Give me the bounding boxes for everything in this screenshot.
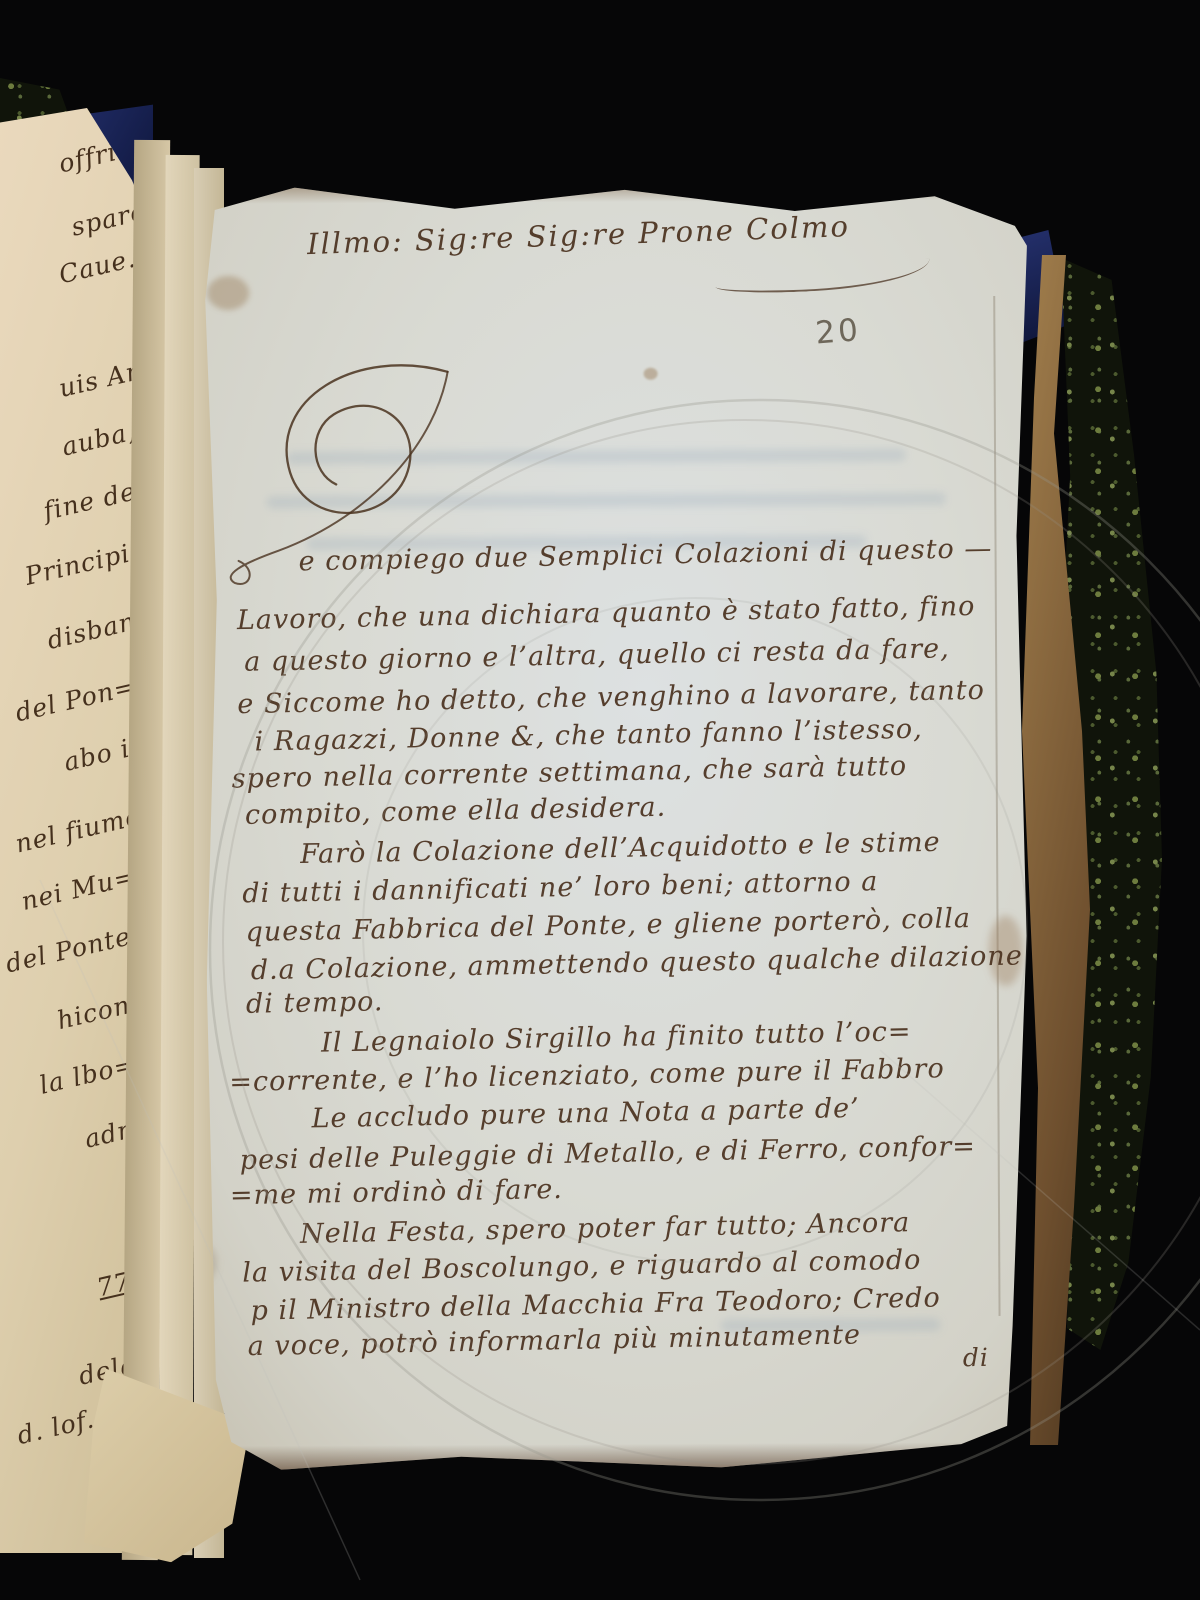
body-line: Nella Festa, spero poter far tutto; Anco… bbox=[300, 1207, 911, 1250]
body-line: la visita del Boscolungo, e riguardo al … bbox=[242, 1245, 922, 1289]
body-line: i Ragazzi, Donne &, che tanto fanno l’is… bbox=[254, 714, 923, 758]
left-page-fragment: disban bbox=[3, 607, 138, 665]
left-page-fragment: abo il bbox=[6, 732, 141, 790]
left-page-fragment: auba, bbox=[3, 417, 138, 475]
body-line: compito, come ella desidera. bbox=[245, 792, 667, 831]
body-line: =corrente, e l’ho licenziato, come pure … bbox=[229, 1053, 945, 1098]
manuscript-page: Illmo: Sig:re Sig:re Prone Colmo 20 e co… bbox=[155, 176, 1054, 1483]
body-line: Le accludo pure una Nota a parte de’ bbox=[311, 1093, 860, 1135]
catchword: di bbox=[962, 1343, 989, 1372]
salutation-line: Illmo: Sig:re Sig:re Prone Colmo bbox=[306, 209, 850, 261]
page-top-tint bbox=[215, 184, 1015, 204]
left-page-fragment: del Ponte bbox=[0, 922, 134, 980]
left-page-fragment: nei Mu= bbox=[3, 862, 138, 920]
left-page-fragment: la lbo= bbox=[3, 1050, 138, 1108]
left-page-fragment: Principi. bbox=[6, 537, 141, 595]
body-line: di tempo. bbox=[246, 986, 384, 1020]
page-bottom-burn-edge bbox=[211, 1442, 1021, 1474]
body-line: =me mi ordinò di fare. bbox=[230, 1174, 564, 1211]
salutation-flourish bbox=[715, 259, 931, 296]
body-line: d.a Colazione, ammettendo questo qualche… bbox=[250, 940, 1023, 986]
left-page-fragment-date: 77 bbox=[0, 1267, 134, 1325]
body-line: di tutti i dannificati ne’ loro beni; at… bbox=[242, 866, 878, 909]
manuscript-photo: offrie. spare Caue. uis Ar auba, fine de… bbox=[0, 0, 1200, 1600]
page-number: 20 bbox=[814, 312, 862, 351]
left-page-fragment: nel fiume bbox=[8, 802, 143, 860]
body-line: questa Fabbrica del Ponte, e gliene port… bbox=[245, 903, 971, 948]
left-page-fragment: del Pon= bbox=[3, 672, 138, 730]
paper-stain bbox=[207, 276, 249, 310]
body-line: Farò la Colazione dell’Acquidotto e le s… bbox=[300, 827, 941, 870]
body-line: pesi delle Puleggie di Metallo, e di Fer… bbox=[239, 1131, 976, 1176]
paper-stain bbox=[644, 368, 658, 380]
body-line: a voce, potrò informarla più minutamente bbox=[247, 1319, 861, 1362]
body-line: Il Legnaiolo Sirgillo ha finito tutto l’… bbox=[321, 1016, 912, 1058]
body-line: a questo giorno e l’altra, quello ci res… bbox=[244, 633, 950, 678]
body-line: e Siccome ho detto, che venghino a lavor… bbox=[237, 675, 985, 720]
body-line: spero nella corrente settimana, che sarà… bbox=[231, 751, 907, 795]
under-sheet-edge bbox=[993, 296, 1000, 1316]
left-page-fragment: fine de bbox=[3, 477, 138, 535]
body-line: Lavoro, che una dichiara quanto è stato … bbox=[237, 591, 976, 636]
left-page-fragment: uis Ar bbox=[6, 357, 141, 415]
